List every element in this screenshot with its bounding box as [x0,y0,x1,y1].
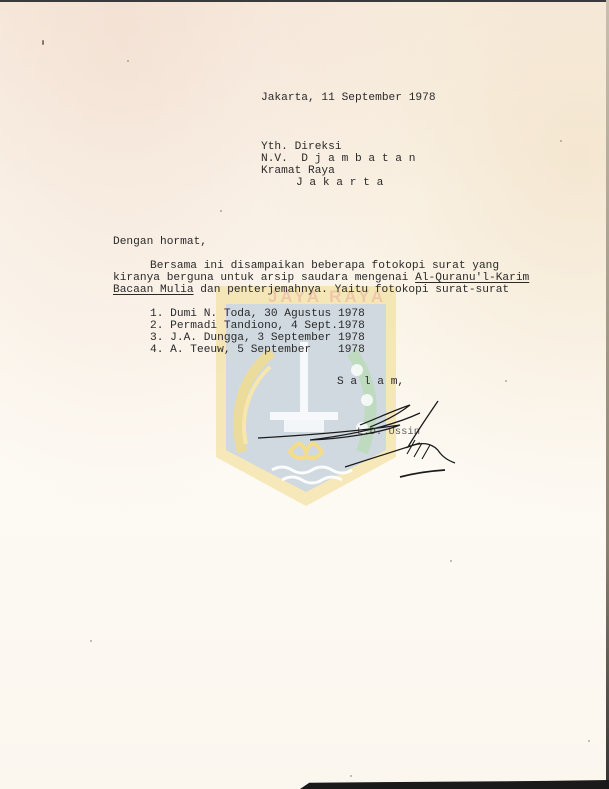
scan-top-edge [0,0,609,2]
recipient-line-4: J a k a r t a [296,177,383,190]
book-title-part-2: Bacaan Mulia [113,284,194,296]
salutation: Dengan hormat, [113,236,207,249]
scan-speck [450,560,452,562]
body-line-3-text: dan penterjemahnya. Yaitu fotokopi surat… [194,284,510,296]
scan-speck [560,140,562,142]
list-item: 4. A. Teeuw, 5 September 1978 [150,344,365,357]
body-line-3: Bacaan Mulia dan penterjemahnya. Yaitu f… [113,284,509,297]
handwritten-signature [250,395,460,485]
scan-speck [127,60,129,62]
letter-page: JAYA RAYA Jakarta, 11 September 1978 Yth… [0,0,609,789]
closing: S a l a m, [337,376,404,389]
scan-speck [505,380,507,382]
scan-speck [220,210,222,212]
scan-speck [350,775,352,777]
scan-speck [90,640,92,642]
book-title-part-1: Al-Quranu'l-Karim [415,272,529,284]
place-date: Jakarta, 11 September 1978 [261,92,436,105]
scan-bottom-shadow [300,780,609,789]
scan-speck [42,40,44,45]
signature-icon [250,395,460,485]
scan-speck [588,740,590,742]
body-line-2-text: kiranya berguna untuk arsip saudara meng… [113,272,415,284]
